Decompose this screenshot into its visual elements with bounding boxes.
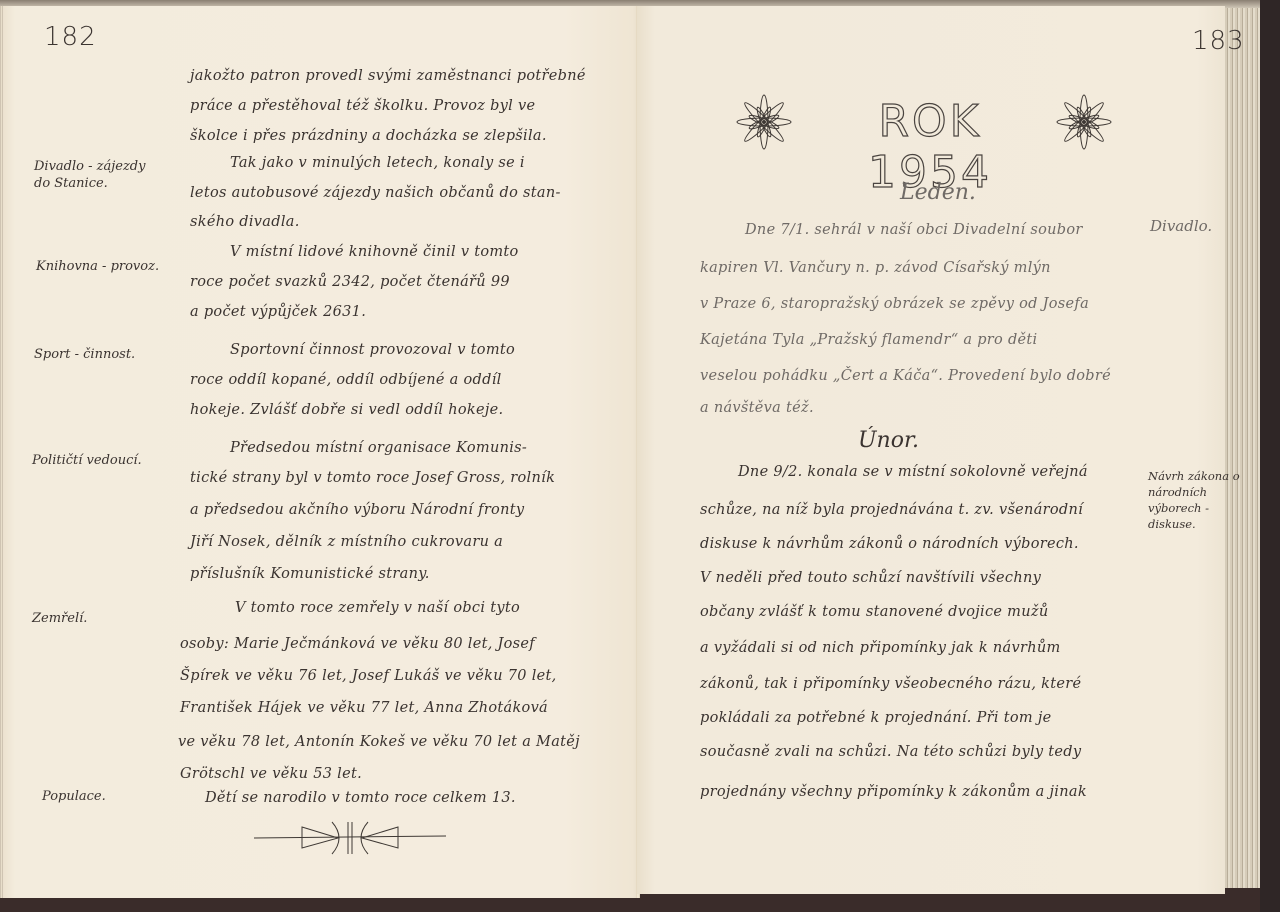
left-text-line: jakožto patron provedl svými zaměstnanci… <box>190 68 586 84</box>
february-text-line: občany zvlášť k tomu stanovené dvojice m… <box>700 604 1048 620</box>
february-text-line: diskuse k návrhům zákonů o národních výb… <box>700 536 1079 552</box>
left-text-line: František Hájek ve věku 77 let, Anna Zho… <box>180 700 548 716</box>
margin-note-theatre-trips: Divadlo - zájezdy do Stanice. <box>34 158 164 192</box>
snowflake-ornament-left-icon <box>734 92 794 152</box>
february-text-line: a vyžádali si od nich připomínky jak k n… <box>700 640 1061 656</box>
left-page-number: 182 <box>44 22 97 52</box>
month-heading-january: Leden. <box>900 180 976 205</box>
margin-note-population: Populace. <box>42 788 182 805</box>
page-stack-edge <box>1225 8 1260 888</box>
margin-note-library: Knihovna - provoz. <box>36 258 176 275</box>
left-text-line: Předsedou místní organisace Komunis- <box>230 440 527 456</box>
snowflake-ornament-right-icon <box>1054 92 1114 152</box>
january-text-line: v Praze 6, staropražský obrázek se zpěvy… <box>700 296 1089 312</box>
left-text-line: roce počet svazků 2342, počet čtenářů 99 <box>190 274 510 290</box>
left-text-line: školce i přes prázdniny a docházka se zl… <box>190 128 547 144</box>
february-text-line: projednány všechny připomínky k zákonům … <box>700 784 1087 800</box>
book-cover-edge <box>1260 0 1280 912</box>
margin-note-theatre: Divadlo. <box>1150 218 1212 235</box>
left-text-line: Grötschl ve věku 53 let. <box>180 766 362 782</box>
left-text-line: osoby: Marie Ječmánková ve věku 80 let, … <box>180 636 535 652</box>
left-text-line: V místní lidové knihovně činil v tomto <box>230 244 519 260</box>
february-text-line: schůze, na níž byla projednávána t. zv. … <box>700 502 1083 518</box>
january-text-line: a návštěva též. <box>700 400 814 416</box>
margin-note-sport: Sport - činnost. <box>34 346 174 363</box>
left-text-line: Jiří Nosek, dělník z místního cukrovaru … <box>190 534 503 550</box>
left-text-line: Špírek ve věku 76 let, Josef Lukáš ve vě… <box>180 668 557 684</box>
margin-note-law-proposal: Návrh zákona o národních výborech - disk… <box>1148 468 1258 532</box>
left-text-line: Dětí se narodilo v tomto roce celkem 13. <box>205 790 516 806</box>
left-text-line: práce a přestěhoval též školku. Provoz b… <box>190 98 535 114</box>
left-text-line: tické strany byl v tomto roce Josef Gros… <box>190 470 555 486</box>
right-page-number: 183 <box>1192 26 1245 56</box>
left-text-line: letos autobusové zájezdy našich občanů d… <box>190 185 561 201</box>
february-text-line: zákonů, tak i připomínky všeobecného ráz… <box>700 676 1081 692</box>
left-text-line: Sportovní činnost provozoval v tomto <box>230 342 515 358</box>
month-heading-february: Únor. <box>858 428 919 453</box>
book-spread: 182 Divadlo - zájezdy do Stanice. Knihov… <box>0 0 1280 912</box>
february-text-line: Dne 9/2. konala se v místní sokolovně ve… <box>738 464 1088 480</box>
february-text-line: současně zvali na schůzi. Na této schůzi… <box>700 744 1081 760</box>
left-text-line: roce oddíl kopané, oddíl odbíjené a oddí… <box>190 372 502 388</box>
left-text-line: a předsedou akčního výboru Národní front… <box>190 502 524 518</box>
left-text-line: a počet výpůjček 2631. <box>190 304 366 320</box>
january-text-line: Dne 7/1. sehrál v naší obci Divadelní so… <box>745 222 1083 238</box>
left-text-line: ského divadla. <box>190 214 300 230</box>
left-text-line: Tak jako v minulých letech, konaly se i <box>230 155 525 171</box>
january-text-line: Kajetána Tyla „Pražský flamendr“ a pro d… <box>700 332 1037 348</box>
left-text-line: hokeje. Zvlášť dobře si vedl oddíl hokej… <box>190 402 503 418</box>
margin-note-political-leaders: Političtí vedoucí. <box>32 452 182 469</box>
divider-ornament-icon <box>250 818 450 858</box>
left-text-line: V tomto roce zemřely v naší obci tyto <box>235 600 520 616</box>
february-text-line: V neděli před touto schůzí navštívili vš… <box>700 570 1041 586</box>
left-text-line: ve věku 78 let, Antonín Kokeš ve věku 70… <box>178 734 580 750</box>
january-text-line: kapiren Vl. Vančury n. p. závod Císařský… <box>700 260 1051 276</box>
margin-note-deceased: Zemřelí. <box>32 610 172 627</box>
january-text-line: veselou pohádku „Čert a Káča“. Provedení… <box>700 368 1111 384</box>
february-text-line: pokládali za potřebné k projednání. Při … <box>700 710 1052 726</box>
left-text-line: příslušník Komunistické strany. <box>190 566 430 582</box>
